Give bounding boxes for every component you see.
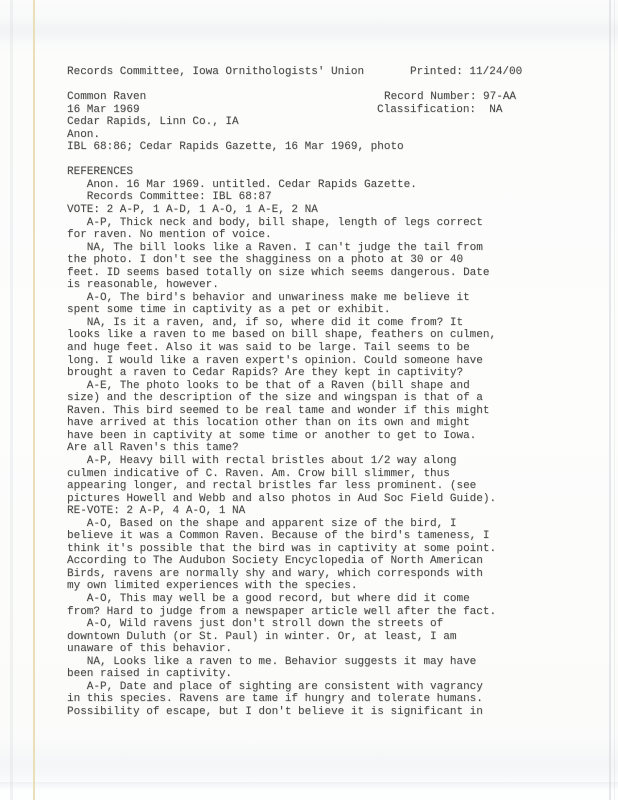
scan-edge-line-right-outer <box>614 0 615 800</box>
scan-shadow-band-bottom <box>0 738 618 784</box>
scan-paper-edge-bottom <box>0 782 618 800</box>
scanned-document-page: Records Committee, Iowa Ornithologists' … <box>0 0 618 800</box>
scan-fold-line-tan <box>33 0 35 800</box>
document-body-text: Records Committee, Iowa Ornithologists' … <box>67 66 496 718</box>
scan-edge-line-left <box>10 0 13 800</box>
classification: Classification: NA <box>377 104 502 117</box>
scan-edge-line-right <box>609 0 611 800</box>
scan-shadow-band-top <box>0 16 618 46</box>
printed-date: Printed: 11/24/00 <box>410 66 522 79</box>
record-number: Record Number: 97-AA <box>384 91 516 104</box>
